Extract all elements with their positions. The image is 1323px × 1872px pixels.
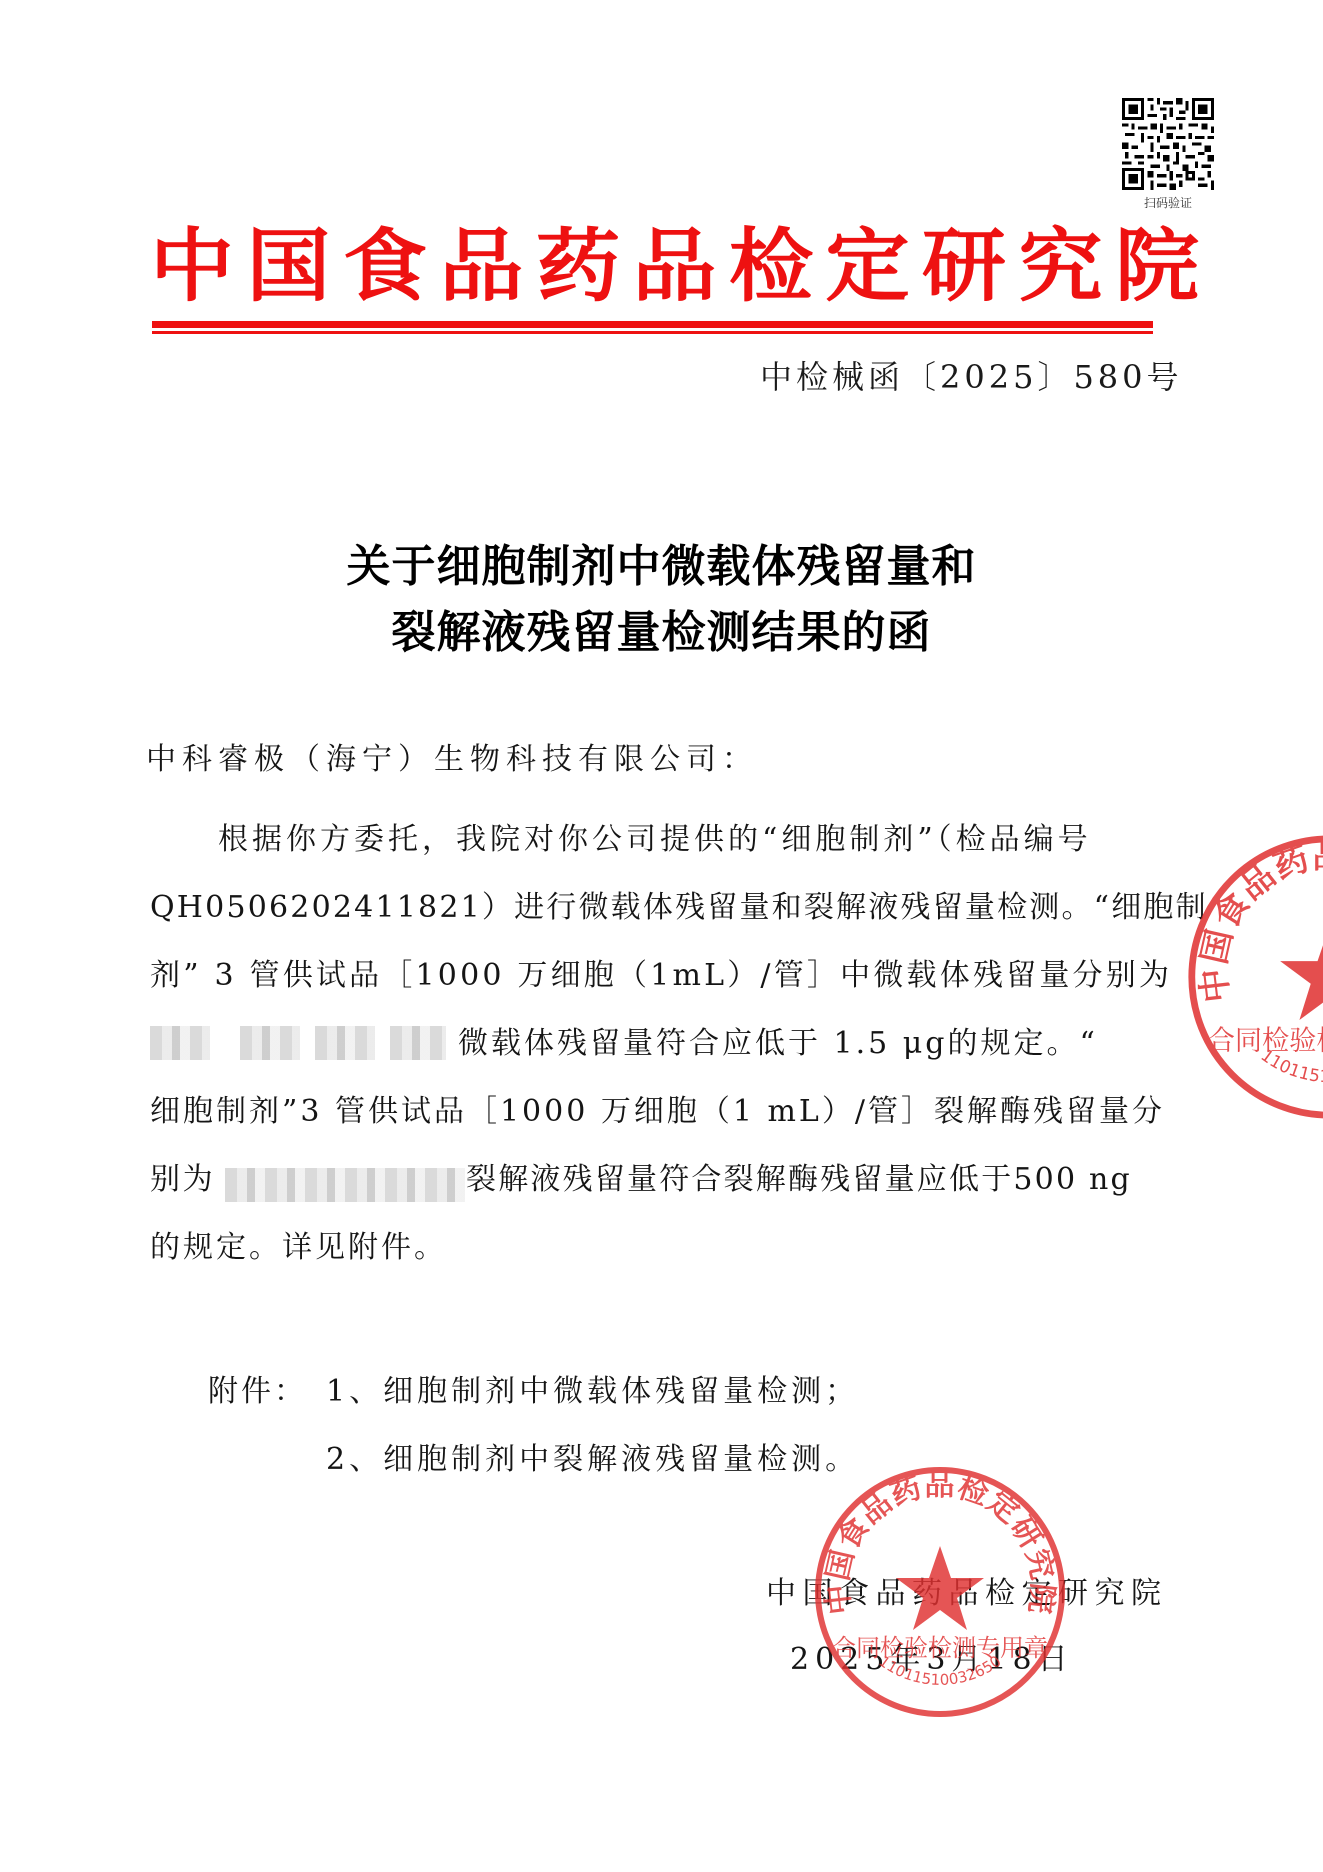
body-line: 的规定。详见附件。: [150, 1228, 447, 1268]
attachment-item: 2、细胞制剂中裂解液残留量检测。: [326, 1440, 859, 1480]
svg-text:中国食品药品检定研究院: 中国食品药品检定研究院: [1194, 836, 1323, 1004]
redacted-value: [315, 1026, 375, 1060]
letterhead-organization: 中国食品药品检定研究院: [150, 222, 1155, 309]
qr-verification: 扫码验证: [1122, 98, 1218, 211]
letterhead-divider-thin: [152, 331, 1153, 334]
body-line: 别为: [150, 1160, 215, 1200]
redacted-value: [390, 1026, 446, 1060]
redacted-value: [225, 1168, 465, 1202]
redacted-value: [150, 1026, 210, 1060]
redacted-value: [240, 1026, 300, 1060]
document-heading-line-1: 关于细胞制剂中微载体残留量和: [0, 534, 1323, 600]
cross-page-seal-icon: 中国食品药品检定研究院 合同检验检测专用章 11011510032650: [1185, 832, 1323, 1122]
svg-text:合同检验检测专用章: 合同检验检测专用章: [1208, 1026, 1323, 1057]
letterhead-divider-thick: [152, 321, 1153, 328]
body-line: 根据你方委托，我院对你公司提供的“细胞制剂”（检品编号: [218, 820, 1092, 860]
attachments-label: 附件：: [208, 1372, 307, 1412]
svg-text:11011510032650: 11011510032650: [1257, 1046, 1323, 1088]
qr-caption: 扫码验证: [1122, 194, 1214, 211]
signature-date: 2025年3月18日: [790, 1640, 1074, 1680]
document-number: 中检械函〔2025〕580号: [760, 355, 1183, 399]
attachment-item: 1、细胞制剂中微载体残留量检测；: [326, 1372, 859, 1412]
body-line: 剂” 3 管供试品［1000 万细胞（1mL）/管］中微载体残留量分别为: [150, 956, 1172, 996]
body-line: 裂解液残留量符合裂解酶残留量应低于500 ng: [466, 1160, 1132, 1200]
body-line: QH0506202411821）进行微载体残留量和裂解液残留量检测。“细胞制: [150, 888, 1208, 928]
body-line: 细胞制剂”3 管供试品［1000 万细胞（1 mL）/管］裂解酶残留量分: [150, 1092, 1165, 1132]
body-line: 微载体残留量符合应低于 1.5 μg的规定。“: [458, 1024, 1098, 1064]
document-heading-line-2: 裂解液残留量检测结果的函: [0, 600, 1323, 666]
signature-organization: 中国食品药品检定研究院: [766, 1574, 1168, 1614]
recipient: 中科睿极（海宁）生物科技有限公司：: [146, 740, 758, 780]
qr-code-icon: [1122, 98, 1214, 190]
